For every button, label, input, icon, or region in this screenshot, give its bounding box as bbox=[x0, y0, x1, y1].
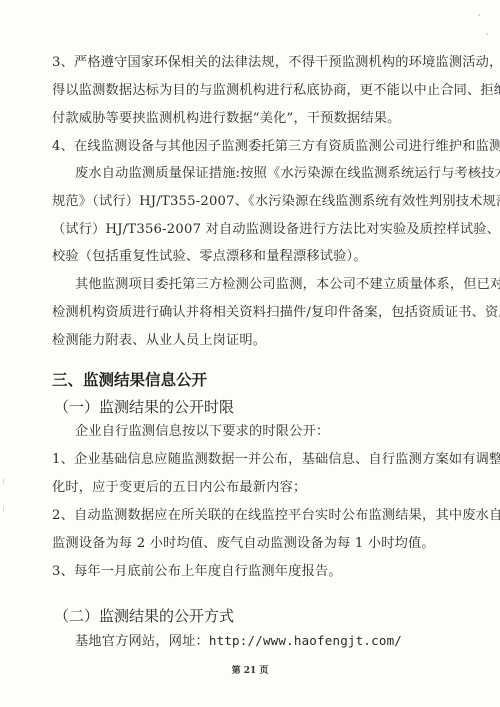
scan-speck bbox=[3, 478, 4, 484]
paragraph-line: 企业自行监测信息按以下要求的时限公开： bbox=[75, 424, 329, 440]
scan-speck bbox=[486, 33, 488, 35]
website-url: http://www.haofengjt.com/ bbox=[209, 633, 402, 648]
subsection-heading: （二）监测结果的公开方式 bbox=[54, 605, 234, 626]
paragraph-line: 检测机构资质进行确认并将相关资料扫描件/复印件备案，包括资质证书、资质 bbox=[52, 305, 500, 321]
scan-speck bbox=[3, 506, 4, 512]
list-item-line: 1、企业基础信息应随监测数据一并公布，基础信息、自行监测方案如有调整变 bbox=[52, 452, 500, 468]
list-item-line: 化时，应于变更后的五日内公布最新内容； bbox=[52, 480, 306, 496]
list-item-line: 监测设备为每 2 小时均值、废气自动监测设备为每 1 小时均值。 bbox=[52, 536, 435, 552]
paragraph-line: 3、严格遵守国家环保相关的法律法规，不得干预监测机构的环境监测活动，不 bbox=[52, 55, 500, 71]
paragraph-line: 废水自动监测质量保证措施:按照《水污染源在线监测系统运行与考核技术 bbox=[75, 166, 500, 182]
paragraph-line: 得以监测数据达标为目的与监测机构进行私底协商，更不能以中止合同、拒绝 bbox=[52, 83, 500, 99]
website-line: 基地官方网站，网址：http://www.haofengjt.com/ bbox=[75, 633, 402, 650]
list-item-line: 2、自动监测数据应在所关联的在线监控平台实时公布监测结果，其中废水自动 bbox=[52, 508, 500, 524]
website-label: 基地官方网站，网址： bbox=[75, 634, 209, 649]
paragraph-line: 4、在线监测设备与其他因子监测委托第三方有资质监测公司进行维护和监测。 bbox=[52, 139, 500, 155]
paragraph-line: 付款威胁等要挟监测机构进行数据“美化”，干预数据结果。 bbox=[52, 111, 401, 127]
page-number: 第 21 页 bbox=[0, 663, 500, 676]
document-page: 3、严格遵守国家环保相关的法律法规，不得干预监测机构的环境监测活动，不 得以监测… bbox=[0, 0, 500, 707]
section-heading: 三、监测结果信息公开 bbox=[52, 368, 207, 390]
paragraph-line: （试行）HJ/T356-2007 对自动监测设备进行方法比对实验及质控样试验、现… bbox=[52, 222, 500, 238]
subsection-heading: （一）监测结果的公开时限 bbox=[54, 396, 234, 417]
scan-speck bbox=[478, 14, 480, 16]
paragraph-line: 检测能力附表、从业人员上岗证明。 bbox=[52, 333, 266, 349]
paragraph-line: 其他监测项目委托第三方检测公司监测，本公司不建立质量体系，但已对 bbox=[75, 277, 500, 293]
paragraph-line: 规范》（试行）HJ/T355-2007、《水污染源在线监测系统有效性判别技术规范… bbox=[52, 194, 500, 210]
paragraph-line: 校验（包括重复性试验、零点漂移和量程漂移试验）。 bbox=[52, 249, 367, 265]
list-item-line: 3、每年一月底前公布上年度自行监测年度报告。 bbox=[52, 564, 342, 580]
